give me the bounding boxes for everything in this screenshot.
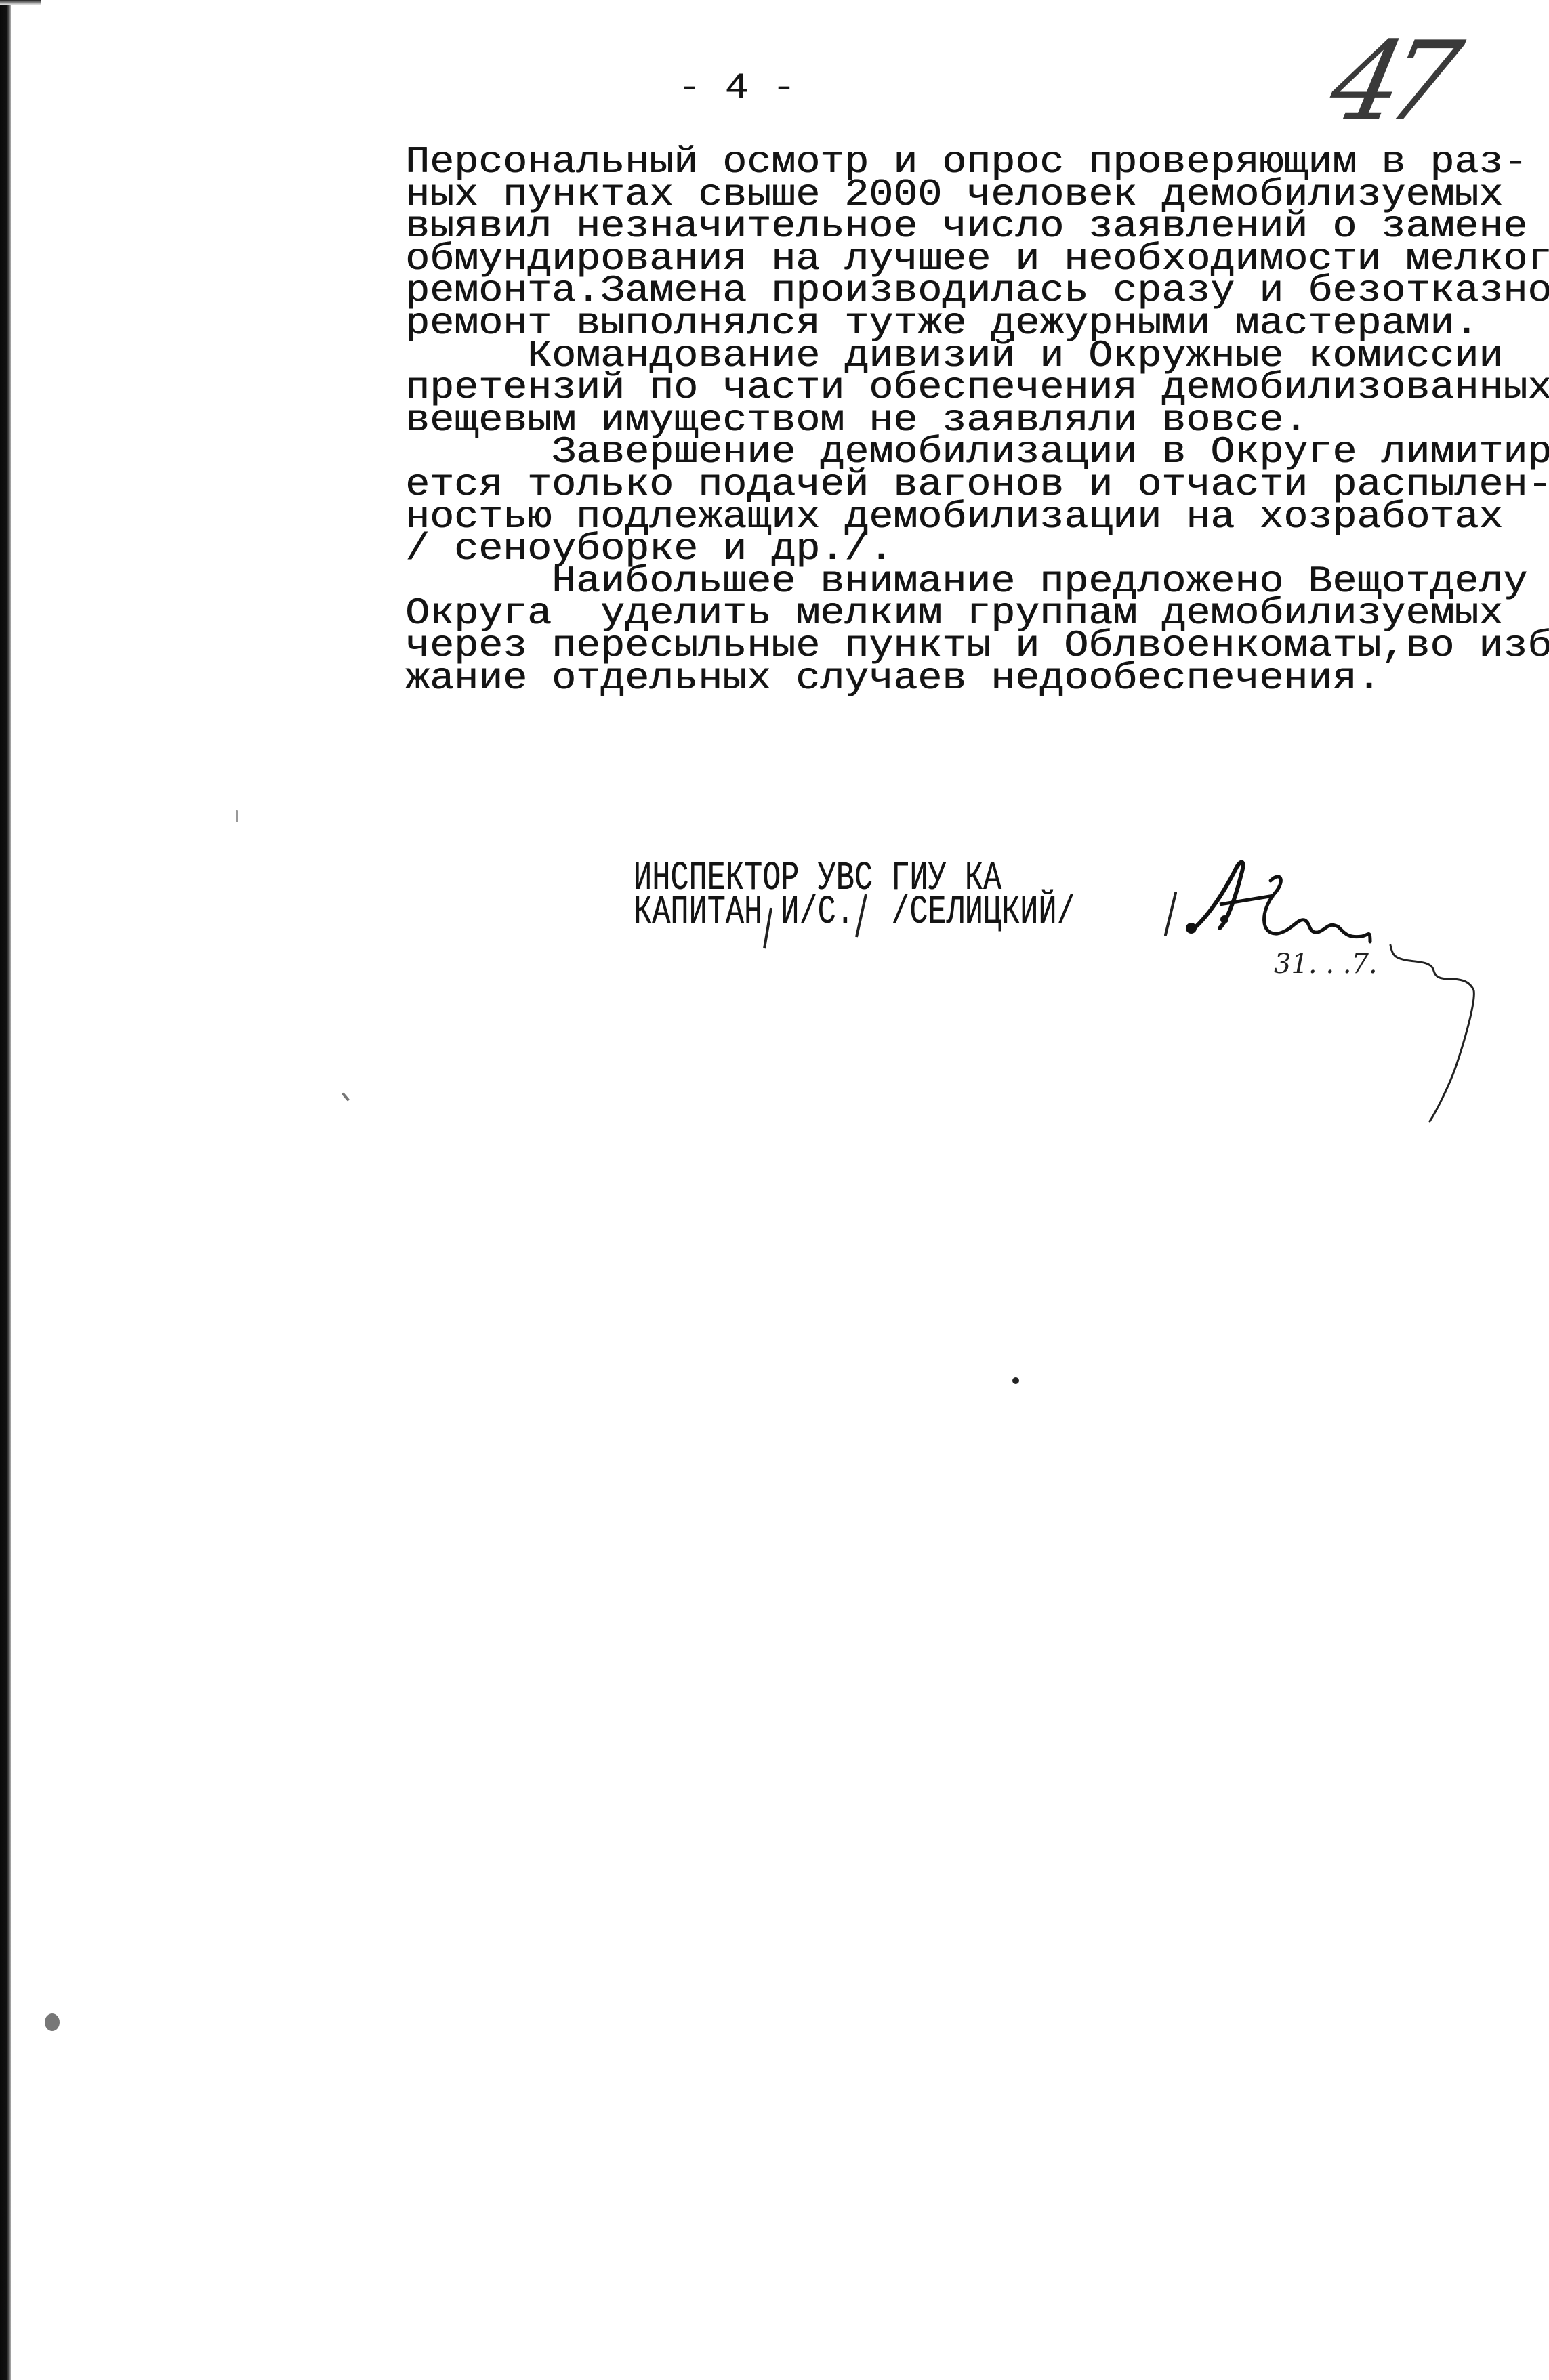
- margin-mark: [342, 1092, 350, 1101]
- hole-punch-mark: [45, 2013, 60, 2031]
- scan-border-top: [0, 0, 41, 5]
- margin-mark: [236, 810, 238, 822]
- typed-text-line: жание отдельных случаев недообеспечения.: [405, 660, 1381, 697]
- scan-border-left: [0, 0, 11, 2380]
- handwritten-folio-number: 47: [1322, 27, 1456, 135]
- page-number: - 4 -: [678, 71, 796, 107]
- ink-speck: [1012, 1377, 1019, 1384]
- handwritten-date: 31. . .7.: [1274, 948, 1378, 980]
- signature-name-line: КАПИТАН И/С. /СЕЛИЦКИЙ/: [634, 893, 1075, 933]
